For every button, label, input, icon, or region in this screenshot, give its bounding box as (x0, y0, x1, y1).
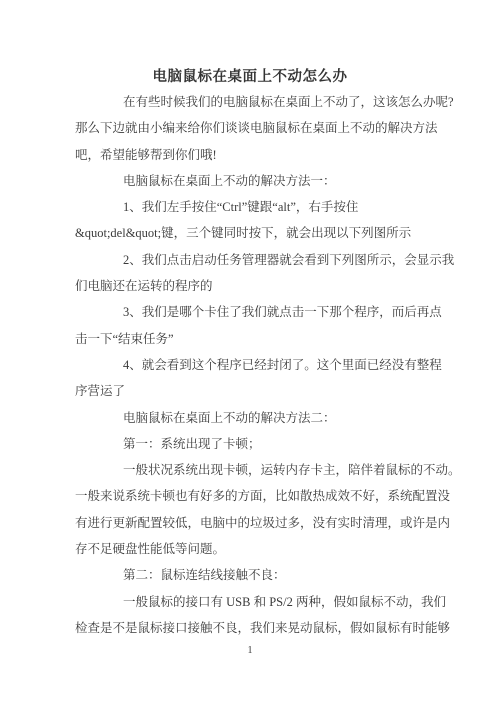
page-number: 1 (0, 644, 500, 658)
text-line: 检查是不是鼠标接口接触不良，我们来晃动鼠标，假如鼠标有时能够 (75, 615, 440, 641)
text-line: 电脑鼠标在桌面上不动的解决方法二： (75, 405, 440, 431)
text-line: 一般鼠标的接口有 USB 和 PS/2 两种，假如鼠标不动，我们 (75, 589, 440, 615)
document-page: 电脑鼠标在桌面上不动怎么办 在有些时候我们的电脑鼠标在桌面上不动了，这该怎么办呢… (0, 0, 500, 708)
text-line: 有进行更新配置较低，电脑中的垃圾过多，没有实时清理，或许是内 (75, 510, 440, 536)
document-title: 电脑鼠标在桌面上不动怎么办 (0, 67, 500, 87)
text-line: 第二：鼠标连结线接触不良： (75, 562, 440, 588)
text-line: 3、我们是哪个卡住了我们就点击一下那个程序，而后再点 (75, 299, 440, 325)
text-line: 电脑鼠标在桌面上不动的解决方法一： (75, 168, 440, 194)
text-line: &quot;del&quot;键，三个键同时按下，就会出现以下列图所示 (75, 220, 440, 246)
text-line: 2、我们点击启动任务管理器就会看到下列图所示，会显示我 (75, 247, 440, 273)
text-line: 序营运了 (75, 378, 440, 404)
text-line: 1、我们左手按住“Ctrl”键跟“alt”，右手按住 (75, 194, 440, 220)
document-body: 在有些时候我们的电脑鼠标在桌面上不动了，这该怎么办呢?那么下边就由小编来给你们谈… (75, 89, 440, 641)
text-line: 4、就会看到这个程序已经封闭了。这个里面已经没有整程 (75, 352, 440, 378)
text-line: 在有些时候我们的电脑鼠标在桌面上不动了，这该怎么办呢? (75, 89, 440, 115)
text-line: 存不足硬盘性能低等问题。 (75, 536, 440, 562)
text-line: 击一下“结束任务” (75, 326, 440, 352)
text-line: 第一：系统出现了卡顿； (75, 431, 440, 457)
text-line: 那么下边就由小编来给你们谈谈电脑鼠标在桌面上不动的解决方法 (75, 115, 440, 141)
text-line: 一般来说系统卡顿也有好多的方面，比如散热成效不好，系统配置没 (75, 483, 440, 509)
text-line: 一般状况系统出现卡顿，运转内存卡主，陪伴着鼠标的不动。 (75, 457, 440, 483)
text-line: 吧，希望能够帮到你们哦! (75, 142, 440, 168)
text-line: 们电脑还在运转的程序的 (75, 273, 440, 299)
